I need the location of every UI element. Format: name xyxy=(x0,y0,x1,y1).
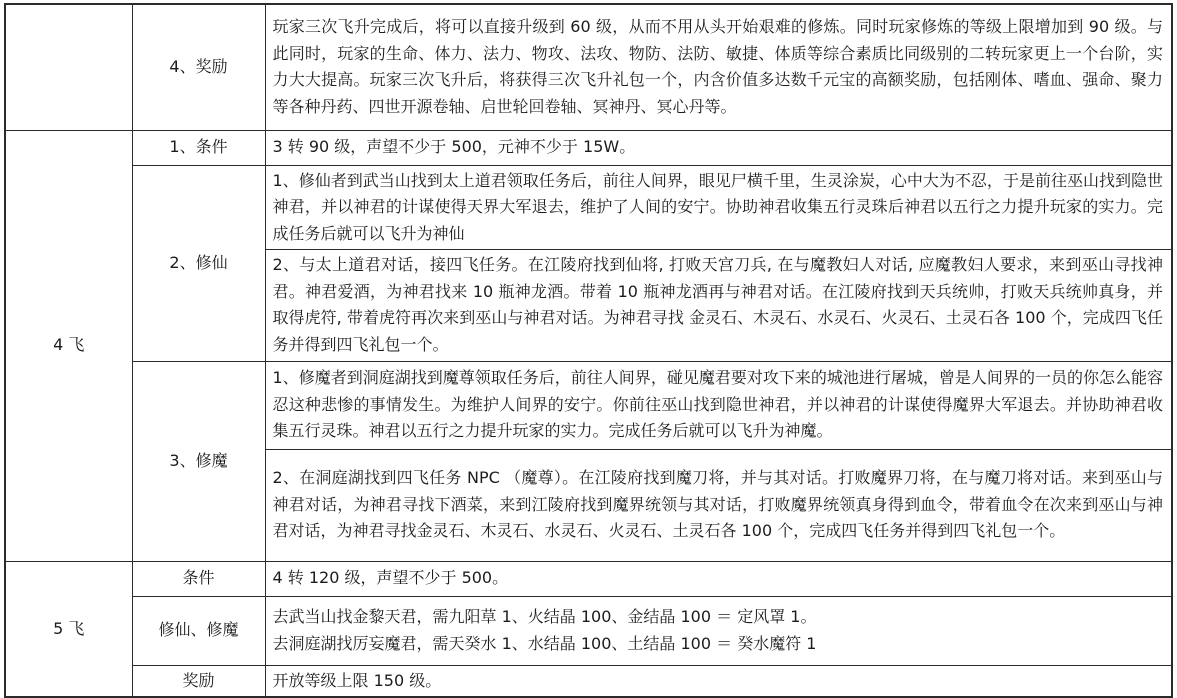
ascension-guide-table: 4、奖励 玩家三次飞升完成后，将可以直接升级到 60 级，从而不用从头开始艰难的… xyxy=(4,3,1173,698)
table-row: 4 飞 1、条件 3 转 90 级，声望不少于 500，元神不少于 15W。 xyxy=(5,130,1172,165)
table-row: 5 飞 条件 4 转 120 级，声望不少于 500。 xyxy=(5,561,1172,596)
group-label-cell-5fly: 5 飞 xyxy=(5,561,132,697)
content-xiumo-steps: 2、在洞庭湖找到四飞任务 NPC （魔尊）。在江陵府找到魔刀将，并与其对话。打败… xyxy=(265,449,1172,561)
row-label-xiuxian-xiumo-5fly: 修仙、修魔 xyxy=(132,596,265,665)
content-xiumo-story: 1、修魔者到洞庭湖找到魔尊领取任务后，前往人间界，碰见魔君要对攻下来的城池进行屠… xyxy=(265,361,1172,449)
content-condition-4fly: 3 转 90 级，声望不少于 500，元神不少于 15W。 xyxy=(265,130,1172,165)
table-row: 3、修魔 1、修魔者到洞庭湖找到魔尊领取任务后，前往人间界，碰见魔君要对攻下来的… xyxy=(5,361,1172,449)
table-row: 4、奖励 玩家三次飞升完成后，将可以直接升级到 60 级，从而不用从头开始艰难的… xyxy=(5,4,1172,130)
group-label-cell-empty xyxy=(5,4,132,130)
row-label-reward-5fly: 奖励 xyxy=(132,665,265,697)
row-label-condition-4fly: 1、条件 xyxy=(132,130,265,165)
content-reward-3fly: 玩家三次飞升完成后，将可以直接升级到 60 级，从而不用从头开始艰难的修炼。同时… xyxy=(265,4,1172,130)
content-xiuxian-story: 1、修仙者到武当山找到太上道君领取任务后，前往人间界，眼见尸横千里，生灵涂炭，心… xyxy=(265,165,1172,250)
content-reward-5fly: 开放等级上限 150 级。 xyxy=(265,665,1172,697)
row-label-xiumo-4fly: 3、修魔 xyxy=(132,361,265,561)
group-label-cell-4fly: 4 飞 xyxy=(5,130,132,561)
table-row: 奖励 开放等级上限 150 级。 xyxy=(5,665,1172,697)
table-row: 修仙、修魔 去武当山找金黎天君，需九阳草 1、火结晶 100、金结晶 100 ＝… xyxy=(5,596,1172,665)
content-xiuxian-xiumo-5fly: 去武当山找金黎天君，需九阳草 1、火结晶 100、金结晶 100 ＝ 定风罩 1… xyxy=(265,596,1172,665)
table-row: 2、修仙 1、修仙者到武当山找到太上道君领取任务后，前往人间界，眼见尸横千里，生… xyxy=(5,165,1172,250)
content-xiuxian-steps: 2、与太上道君对话，接四飞任务。在江陵府找到仙将, 打败天宫刀兵, 在与魔教妇人… xyxy=(265,250,1172,361)
row-label-reward-3fly: 4、奖励 xyxy=(132,4,265,130)
document-page: 4、奖励 玩家三次飞升完成后，将可以直接升级到 60 级，从而不用从头开始艰难的… xyxy=(0,0,1177,692)
row-label-xiuxian-4fly: 2、修仙 xyxy=(132,165,265,361)
content-condition-5fly: 4 转 120 级，声望不少于 500。 xyxy=(265,561,1172,596)
row-label-condition-5fly: 条件 xyxy=(132,561,265,596)
